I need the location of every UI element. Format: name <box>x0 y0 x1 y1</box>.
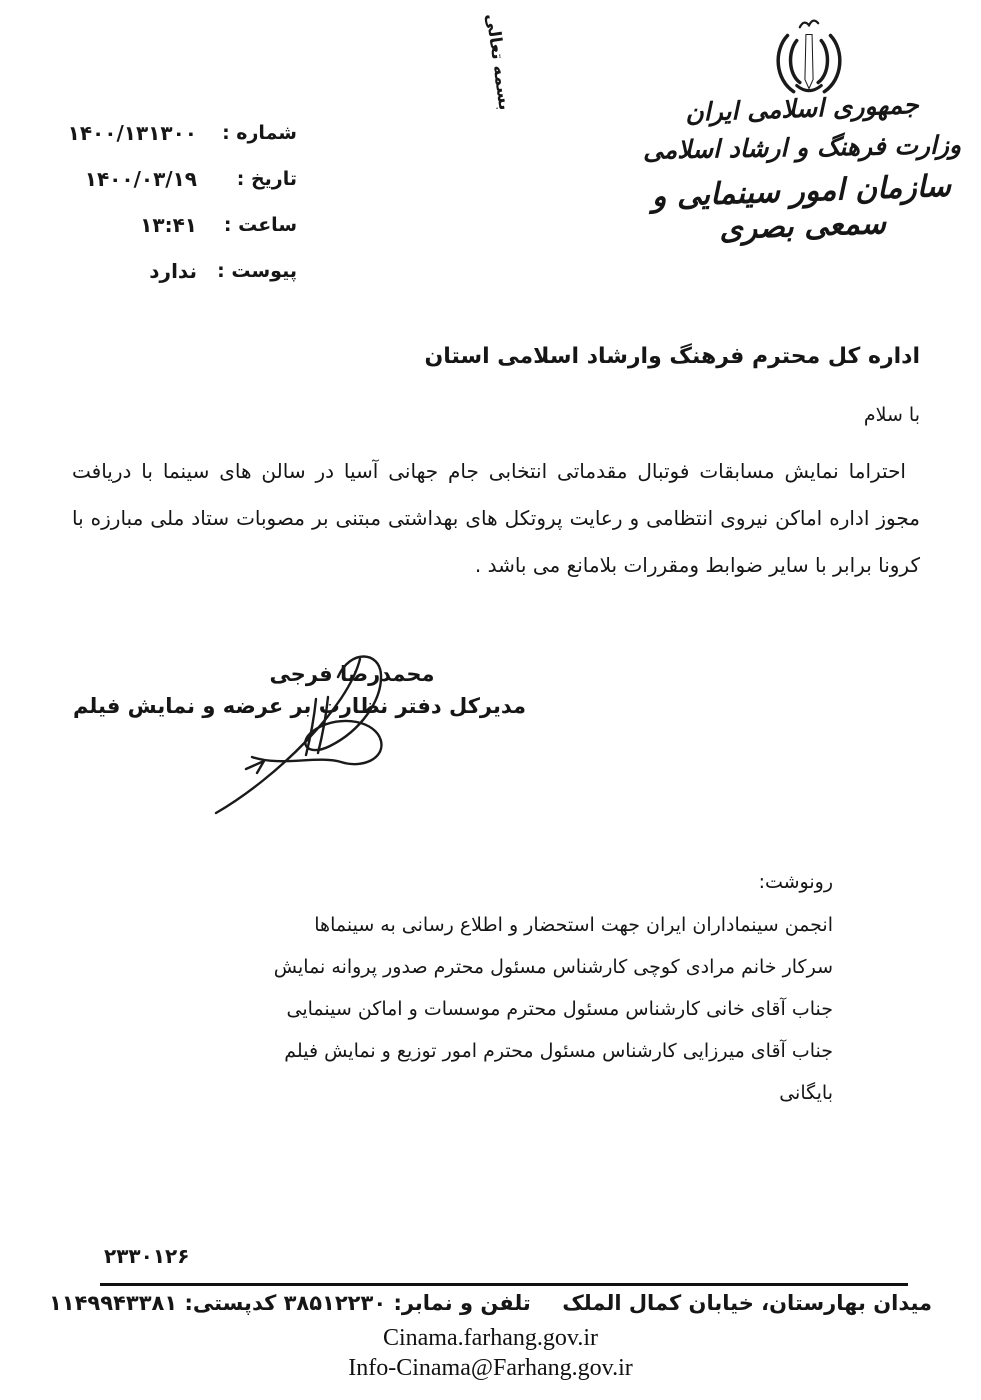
handwritten-signature <box>190 645 425 823</box>
addressee-line: اداره کل محترم فرهنگ وارشاد اسلامی استان <box>424 344 920 369</box>
letter-page: بسمه تعالی جمهوری اسلامی ایران وزارت فره… <box>0 0 981 1400</box>
cc-item: جناب آقای میرزایی کارشناس مسئول محترم ام… <box>274 1030 833 1072</box>
meta-row-date: تاریخ : ۱۴۰۰/۰۳/۱۹ <box>53 156 297 202</box>
footer-website: Cinama.farhang.gov.ir <box>0 1325 981 1352</box>
cc-item: بایگانی <box>274 1072 833 1114</box>
meta-row-attachment: پیوست : ندارد <box>53 248 297 294</box>
cc-section: رونوشت: انجمن سینماداران ایران جهت استحض… <box>274 868 833 1114</box>
letter-body: احتراما نمایش مسابقات فوتبال مقدماتی انت… <box>72 448 920 589</box>
meta-row-number: شماره : ۱۴۰۰/۱۳۱۳۰۰ <box>53 110 297 156</box>
letter-meta: شماره : ۱۴۰۰/۱۳۱۳۰۰ تاریخ : ۱۴۰۰/۰۳/۱۹ س… <box>53 110 297 294</box>
footer-divider <box>100 1283 908 1286</box>
meta-row-time: ساعت : ۱۳:۴۱ <box>53 202 297 248</box>
number-value: ۱۴۰۰/۱۳۱۳۰۰ <box>53 121 197 145</box>
cc-item: جناب آقای خانی کارشناس مسئول محترم موسسا… <box>274 988 833 1030</box>
cc-item: انجمن سینماداران ایران جهت استحضار و اطل… <box>274 904 833 946</box>
attachment-label: پیوست : <box>213 260 297 282</box>
org-line-organization: سازمان امور سینمایی و سمعی بصری <box>627 168 977 250</box>
footer-email: Info-Cinama@Farhang.gov.ir <box>0 1355 981 1382</box>
date-label: تاریخ : <box>213 168 297 190</box>
org-line-country: جمهوری اسلامی ایران <box>628 88 977 129</box>
date-value: ۱۴۰۰/۰۳/۱۹ <box>53 167 197 191</box>
org-header: جمهوری اسلامی ایران وزارت فرهنگ و ارشاد … <box>628 94 976 244</box>
salutation: با سلام <box>864 404 920 426</box>
time-label: ساعت : <box>213 214 297 236</box>
bismillah-calligraphy: بسمه تعالی <box>480 1 517 123</box>
time-value: ۱۳:۴۱ <box>53 213 197 237</box>
footer-address: میدان بهارستان، خیابان کمال الملک تلفن و… <box>0 1291 981 1315</box>
attachment-value: ندارد <box>53 259 197 283</box>
cc-item: سرکار خانم مرادی کوچی کارشناس مسئول محتر… <box>274 946 833 988</box>
number-label: شماره : <box>213 122 297 144</box>
cc-label: رونوشت: <box>274 868 833 896</box>
doc-code: ۲۳۳۰۱۲۶ <box>104 1244 189 1268</box>
iran-emblem-icon <box>762 17 856 103</box>
org-line-ministry: وزارت فرهنگ و ارشاد اسلامی <box>628 130 976 165</box>
